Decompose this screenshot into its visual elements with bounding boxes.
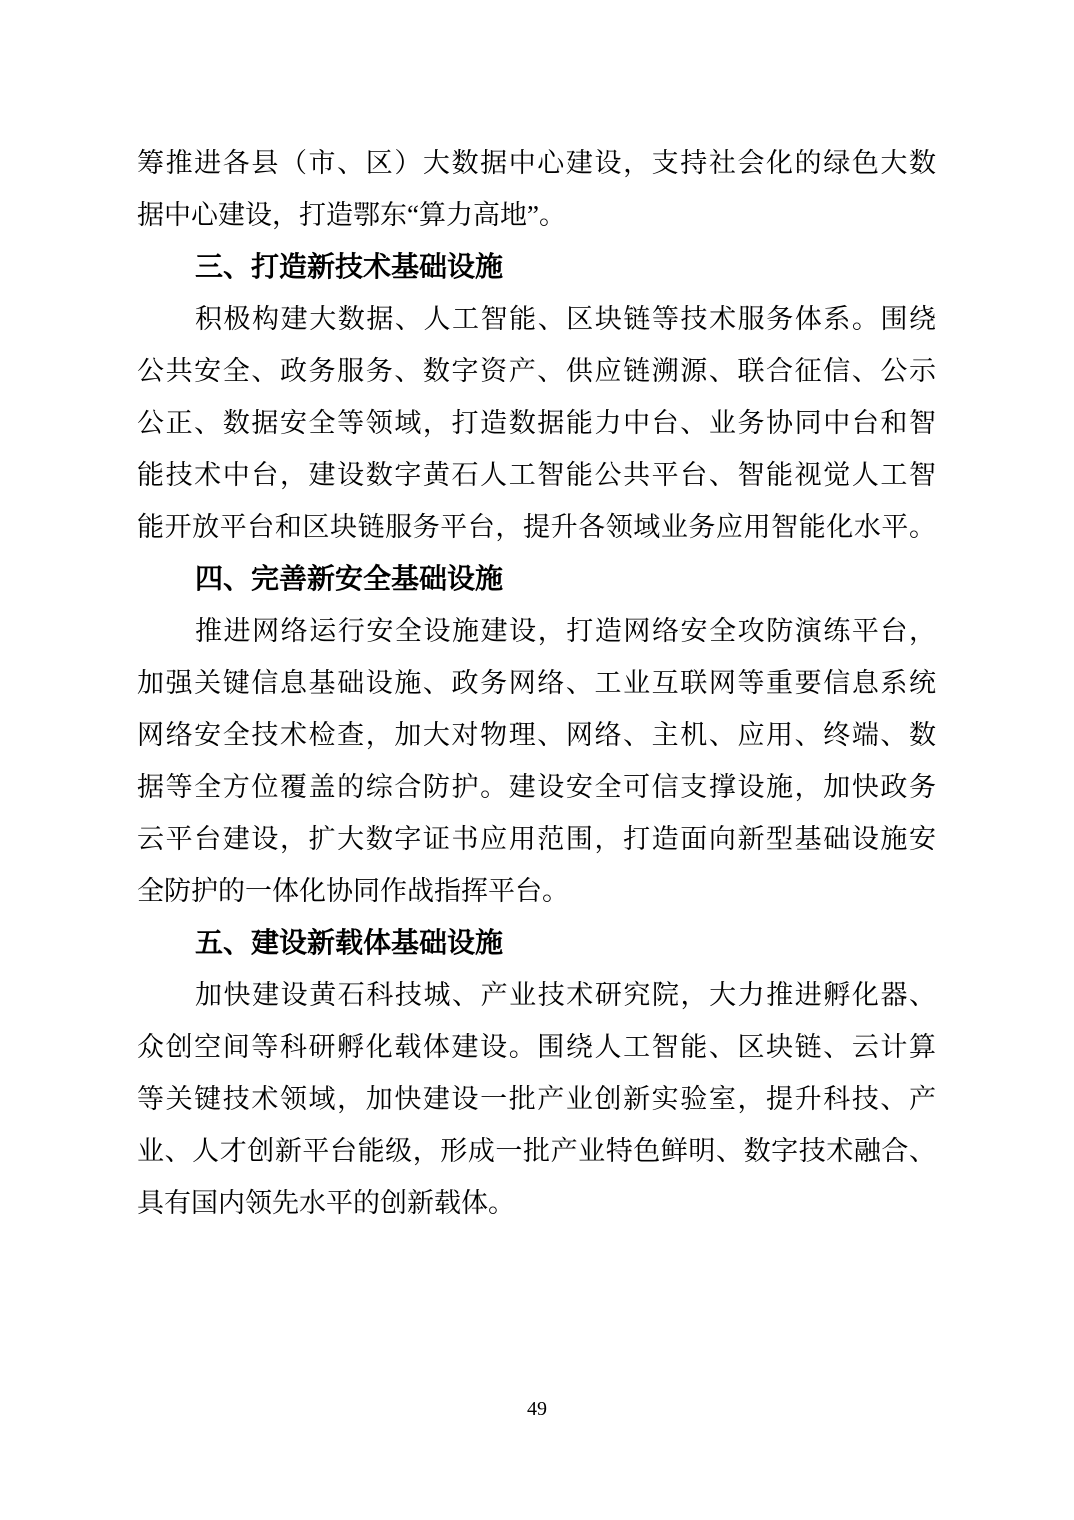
page-footer: 49 [0,1398,1074,1421]
document-body: 筹推进各县（市、区）大数据中心建设，支持社会化的绿色大数据中心建设，打造鄂东“算… [137,137,936,1229]
text-line: 据等全方位覆盖的综合防护。建设安全可信支撑设施，加快政务 [137,761,936,813]
text-line: 众创空间等科研孵化载体建设。围绕人工智能、区块链、云计算 [137,1021,936,1073]
page-number: 49 [527,1398,547,1420]
document-page: 筹推进各县（市、区）大数据中心建设，支持社会化的绿色大数据中心建设，打造鄂东“算… [0,0,1074,1520]
text-line: 云平台建设，扩大数字证书应用范围，打造面向新型基础设施安 [137,813,936,865]
text-line: 加快建设黄石科技城、产业技术研究院，大力推进孵化器、 [137,969,936,1021]
section-heading: 三、打造新技术基础设施 [137,241,936,293]
text-line: 等关键技术领域，加快建设一批产业创新实验室，提升科技、产 [137,1073,936,1125]
section-heading: 四、完善新安全基础设施 [137,553,936,605]
text-line: 推进网络运行安全设施建设，打造网络安全攻防演练平台， [137,605,936,657]
text-line: 公共安全、政务服务、数字资产、供应链溯源、联合征信、公示 [137,345,936,397]
text-line: 加强关键信息基础设施、政务网络、工业互联网等重要信息系统 [137,657,936,709]
text-line: 能开放平台和区块链服务平台，提升各领域业务应用智能化水平。 [137,501,936,553]
text-line: 全防护的一体化协同作战指挥平台。 [137,865,936,917]
text-line: 能技术中台，建设数字黄石人工智能公共平台、智能视觉人工智 [137,449,936,501]
text-line: 网络安全技术检查，加大对物理、网络、主机、应用、终端、数 [137,709,936,761]
text-line: 筹推进各县（市、区）大数据中心建设，支持社会化的绿色大数 [137,137,936,189]
text-line: 具有国内领先水平的创新载体。 [137,1177,936,1229]
text-line: 业、人才创新平台能级，形成一批产业特色鲜明、数字技术融合、 [137,1125,936,1177]
text-line: 公正、数据安全等领域，打造数据能力中台、业务协同中台和智 [137,397,936,449]
section-heading: 五、建设新载体基础设施 [137,917,936,969]
text-line: 据中心建设，打造鄂东“算力高地”。 [137,189,936,241]
text-line: 积极构建大数据、人工智能、区块链等技术服务体系。围绕 [137,293,936,345]
